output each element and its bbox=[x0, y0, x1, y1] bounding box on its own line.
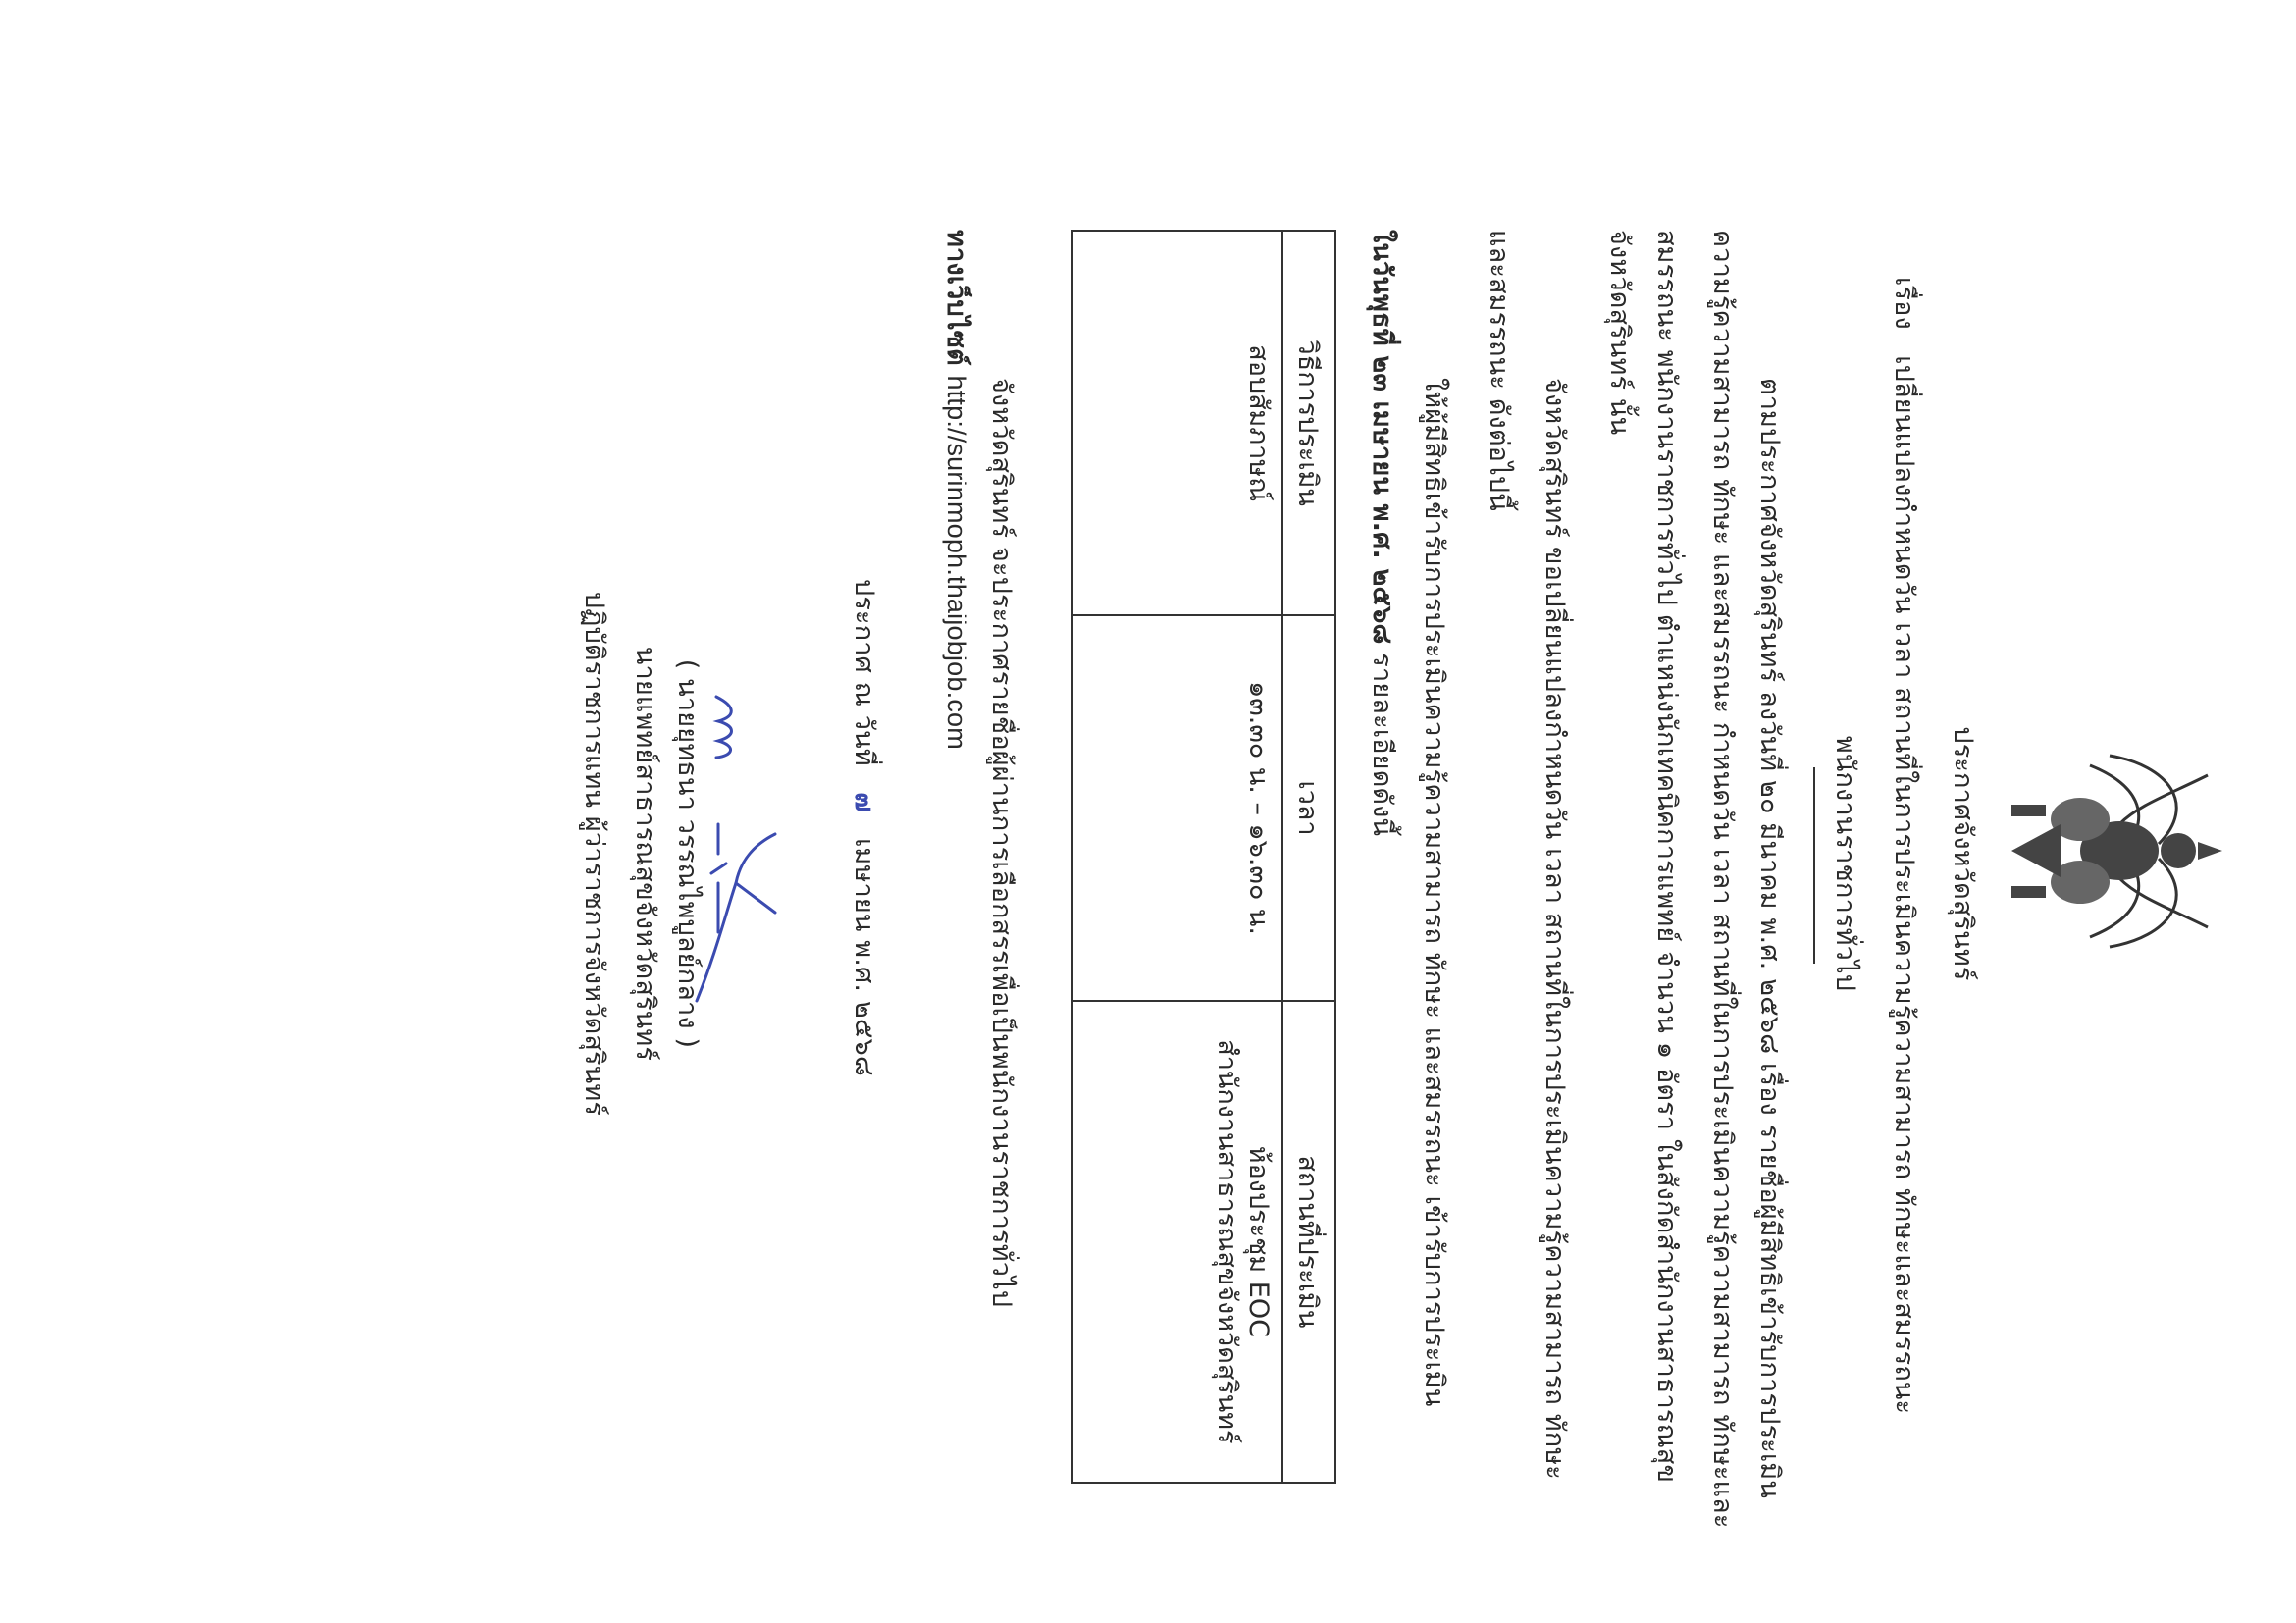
cell-place-line2: สำนักงานสาธารณสุขจังหวัดสุรินทร์ bbox=[1211, 1003, 1242, 1481]
date-prefix: ประกาศ ณ วันที่ bbox=[849, 579, 879, 766]
body-para1-line3: สมรรถนะ พนักงานราชการทั่วไป ตำแหน่งนักเท… bbox=[1651, 230, 1681, 1483]
signature-icon bbox=[687, 687, 795, 1021]
garuda-emblem-icon bbox=[2007, 746, 2227, 957]
cell-time: ๑๓.๓๐ น. – ๑๖.๓๐ น. bbox=[1072, 615, 1282, 1000]
body-para2-line2: และสมรรถนะ ดังต่อไปนี้ bbox=[1484, 230, 1513, 511]
footer-announce-line2: ทางเว็บไซต์ http://surinmoph.thaijobjob.… bbox=[941, 230, 971, 750]
body-para1-line2: ความรู้ความสามารถ ทักษะ และสมรรถนะ กำหนด… bbox=[1707, 230, 1737, 1529]
cell-place: ห้องประชุม EOC สำนักงานสาธารณสุขจังหวัดส… bbox=[1072, 1001, 1282, 1483]
header-place: สถานที่ประเมิน bbox=[1282, 1001, 1335, 1483]
body-para1-line1: ตามประกาศจังหวัดสุรินทร์ ลงวันที่ ๒๐ มีน… bbox=[1754, 378, 1784, 1498]
cell-place-line1: ห้องประชุม EOC bbox=[1242, 1003, 1274, 1481]
cell-method: สอบสัมภาษณ์ bbox=[1072, 231, 1282, 615]
subject-line-2: พนักงานราชการทั่วไป bbox=[1830, 736, 1859, 991]
subject-line: เรื่อง เปลี่ยนแปลงกำหนดวัน เวลา สถานที่ใ… bbox=[1889, 277, 1918, 1414]
footer-announce-line1: จังหวัดสุรินทร์ จะประกาศรายชื่อผู้ผ่านกา… bbox=[986, 378, 1016, 1307]
rotated-document-page: ประกาศจังหวัดสุรินทร์ เรื่อง เปลี่ยนแปลง… bbox=[0, 0, 2296, 1623]
website-link[interactable]: http://surinmoph.thaijobjob.com bbox=[942, 376, 971, 750]
announce-date: ประกาศ ณ วันที่ ๗ เมษายน พ.ศ. ๒๕๖๘ bbox=[849, 579, 878, 1076]
exam-date-suffix: รายละเอียดดังนี้ bbox=[1367, 645, 1397, 837]
body-para1-line4: จังหวัดสุรินทร์ นั้น bbox=[1604, 230, 1634, 435]
header-method: วิธีการประเมิน bbox=[1282, 231, 1335, 615]
subject-text: เปลี่ยนแปลงกำหนดวัน เวลา สถานที่ในการประ… bbox=[1889, 355, 1919, 1414]
date-day-handwritten: ๗ bbox=[849, 792, 879, 812]
table-header-row: วิธีการประเมิน เวลา สถานที่ประเมิน bbox=[1282, 231, 1335, 1483]
body-para3-line1: ให้ผู้มีสิทธิเข้ารับการประเมินความรู้ควา… bbox=[1419, 378, 1448, 1407]
table-row: สอบสัมภาษณ์ ๑๓.๓๐ น. – ๑๖.๓๐ น. ห้องประช… bbox=[1072, 231, 1282, 1483]
signer-acting: ปฏิบัติราชการแทน ผู้ว่าราชการจังหวัดสุริ… bbox=[579, 592, 608, 1116]
announcement-title: ประกาศจังหวัดสุรินทร์ bbox=[1948, 726, 1977, 980]
header-time: เวลา bbox=[1282, 615, 1335, 1000]
body-para3-line2: ในวันพุธที่ ๒๓ เมษายน พ.ศ. ๒๕๖๘ รายละเอี… bbox=[1367, 230, 1396, 836]
signer-name: ( นายยุทธนา วรรณไพบูลย์กลาง ) bbox=[672, 659, 702, 1049]
signer-title: นายแพทย์สาธารณสุขจังหวัดสุรินทร์ bbox=[630, 647, 659, 1061]
exam-date: ในวันพุธที่ ๒๓ เมษายน พ.ศ. ๒๕๖๘ bbox=[1367, 230, 1397, 645]
schedule-table: วิธีการประเมิน เวลา สถานที่ประเมิน สอบสั… bbox=[1071, 230, 1336, 1484]
header-divider bbox=[1813, 767, 1815, 964]
body-para2-line1: จังหวัดสุรินทร์ ขอเปลี่ยนแปลงกำหนดวัน เว… bbox=[1539, 378, 1569, 1480]
date-month-year: เมษายน พ.ศ. ๒๕๖๘ bbox=[849, 838, 879, 1076]
website-prefix: ทางเว็บไซต์ bbox=[941, 230, 971, 376]
subject-label: เรื่อง bbox=[1889, 277, 1919, 330]
